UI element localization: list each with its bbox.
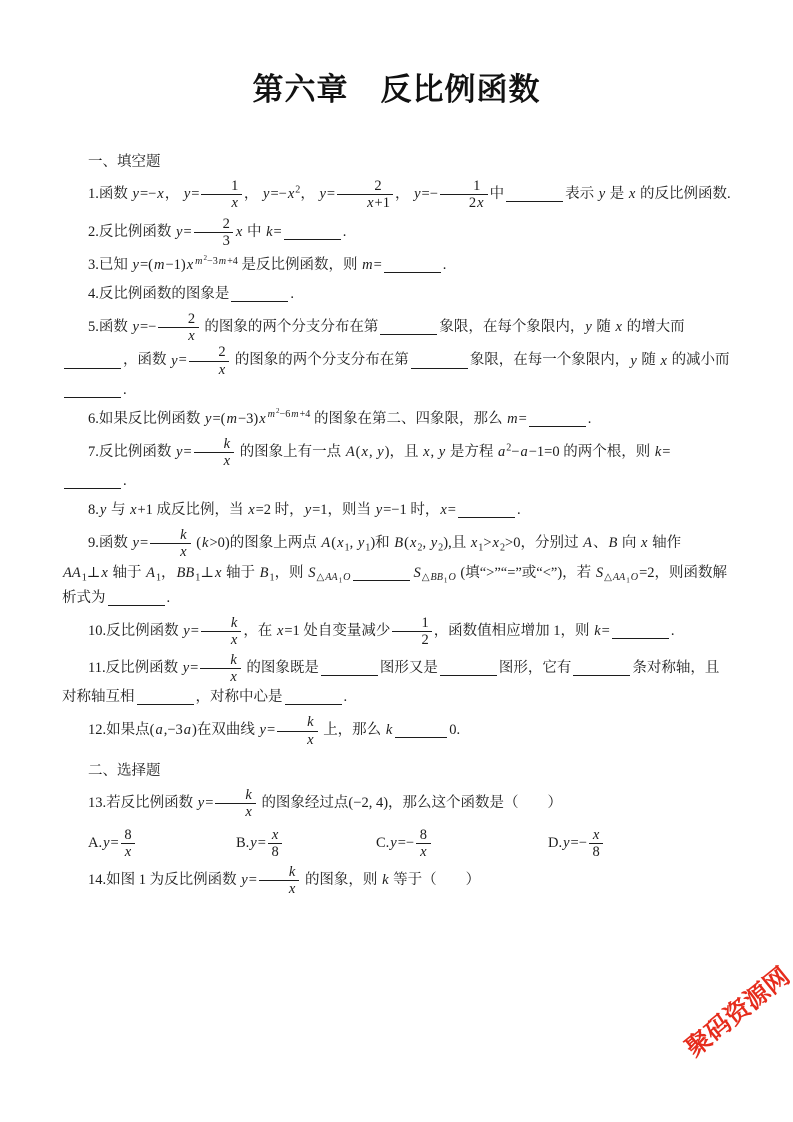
math-variable: x <box>258 411 266 427</box>
fraction-denominator: 3 <box>194 233 233 249</box>
fraction-denominator: x <box>201 195 241 211</box>
text-run: =2 时， <box>256 502 304 518</box>
math-variable: a <box>183 722 192 738</box>
fraction-numerator: 2 <box>158 311 198 328</box>
choice-row: A.y=8xB.y=x8C.y=−8xD.y=−x8 <box>88 827 731 860</box>
answer-blank <box>284 224 341 240</box>
fraction: 8x <box>416 827 430 860</box>
text-run: 4.反比例函数的图象是 <box>88 286 229 302</box>
text-run: 7.反比例函数 <box>88 444 175 460</box>
text-run: 5.函数 <box>88 319 132 335</box>
text-run: . <box>123 473 127 489</box>
text-run: 2 <box>218 344 225 360</box>
fraction: kx <box>200 652 240 685</box>
fraction-numerator: 8 <box>121 827 135 844</box>
answer-blank <box>231 287 288 303</box>
fraction-numerator: x <box>589 827 603 844</box>
text-run: 的增大而 <box>623 319 685 335</box>
document-body: 一、填空题1.函数 y=−x， y=1x， y=−x2， y=2x+1， y=−… <box>62 151 731 897</box>
question: 14.如图 1 为反比例函数 y=kx 的图象，则 k 等于（ ） <box>62 864 731 897</box>
math-variable: x <box>100 565 108 581</box>
fraction-denominator: x <box>277 732 317 748</box>
math-variable: a <box>497 444 506 460</box>
text-run: . <box>167 590 171 606</box>
fraction-denominator: x <box>189 362 229 378</box>
text-run: 象限，在每个象限内， <box>439 319 584 335</box>
math-variable: m <box>153 257 165 273</box>
question: 6.如果反比例函数 y=(m−3)xm2−6m+4 的图象在第二、四象限，那么 … <box>62 407 731 432</box>
fraction-numerator: k <box>277 714 317 731</box>
math-variable: B <box>393 535 404 551</box>
math-variable: a <box>154 722 163 738</box>
fraction-numerator: 2 <box>189 344 229 361</box>
text-run: = <box>267 722 275 738</box>
math-variable: x <box>592 827 600 843</box>
text-run: 3 <box>223 233 230 249</box>
text-run: = <box>662 444 670 460</box>
math-variable: y <box>259 722 267 738</box>
math-variable: m <box>225 411 237 427</box>
math-variable: x <box>179 544 187 560</box>
fraction-denominator: x <box>121 844 135 860</box>
text-run: 11.反比例函数 <box>88 660 182 676</box>
math-variable: y <box>182 660 190 676</box>
answer-blank <box>411 353 468 369</box>
fraction-denominator: 8 <box>589 844 603 860</box>
math-variable: y <box>197 795 205 811</box>
math-variable: y <box>389 835 397 851</box>
math-variable: y <box>413 186 421 202</box>
math-variable: A <box>145 565 156 581</box>
math-variable: x <box>306 732 314 748</box>
math-variable: k <box>593 623 601 639</box>
text-run: 1 <box>473 178 480 194</box>
text-run: 与 <box>107 502 129 518</box>
text-run: ，在 <box>243 623 276 639</box>
text-run: 10.反比例函数 <box>88 623 182 639</box>
text-run: −1=0 的两个根，则 <box>529 444 654 460</box>
math-variable: y <box>598 186 606 202</box>
math-variable: y <box>132 257 140 273</box>
choice-option: C.y=−8x <box>376 827 548 860</box>
subscript: △AA1O <box>316 572 351 583</box>
fraction-denominator: 2x <box>440 195 488 211</box>
text-run: =1 处自变量减少 <box>284 623 390 639</box>
text-run: 中 <box>490 186 505 202</box>
text-run: 1 <box>421 615 428 631</box>
text-run: 中 <box>243 224 265 240</box>
text-run: 3.已知 <box>88 257 132 273</box>
text-run: = <box>374 257 382 273</box>
text-run: ( <box>356 444 361 460</box>
math-variable: x <box>422 444 430 460</box>
answer-blank <box>380 320 437 336</box>
math-variable: y <box>375 502 383 518</box>
math-variable: O <box>342 572 351 583</box>
math-variable: y <box>629 353 637 369</box>
text-run: 0. <box>449 722 460 738</box>
text-run: = <box>183 224 191 240</box>
math-variable: k <box>179 527 187 543</box>
text-run: )，且 <box>385 444 422 460</box>
fraction-numerator: 8 <box>416 827 430 844</box>
math-variable: x <box>230 632 238 648</box>
math-variable: x <box>470 535 478 551</box>
math-variable: x <box>366 195 374 211</box>
text-run: 随 <box>593 319 615 335</box>
text-run: . <box>588 411 592 427</box>
text-run: −1) <box>165 257 185 273</box>
text-run: 2 <box>188 311 195 327</box>
answer-blank <box>321 661 378 677</box>
math-variable: y <box>102 835 110 851</box>
text-run: 是反比例函数，则 <box>238 257 361 273</box>
question: 13.若反比例函数 y=kx 的图象经过点(−2, 4)，那么这个函数是（ ） <box>62 787 731 820</box>
text-run: ， <box>244 186 262 202</box>
text-run: ,−3 <box>164 722 183 738</box>
math-variable: AA <box>612 572 626 583</box>
answer-blank <box>612 623 669 639</box>
math-variable: AA <box>62 565 82 581</box>
text-run: 2 <box>223 216 230 232</box>
text-run: ， <box>161 565 176 581</box>
subscript: △AA1O <box>604 572 639 583</box>
text-run: △ <box>604 572 612 583</box>
text-run: . <box>123 382 127 398</box>
fraction-numerator: k <box>200 652 240 669</box>
text-run: = <box>258 835 266 851</box>
math-variable: x <box>476 195 484 211</box>
question: 9.函数 y=kx (k>0)的图象上两点 A(x1, y1)和 B(x2, y… <box>62 527 731 610</box>
text-run: ⊥ <box>87 565 101 581</box>
question: 7.反比例函数 y=kx 的图象上有一点 A(x, y)，且 x, y 是方程 … <box>62 436 731 494</box>
text-run: = <box>519 411 527 427</box>
text-run: ， <box>165 186 183 202</box>
fraction-denominator: x+1 <box>337 195 393 211</box>
text-run: 8 <box>272 844 279 860</box>
text-run: +4 <box>227 256 238 267</box>
text-run: 6.如果反比例函数 <box>88 411 204 427</box>
math-variable: x <box>223 453 231 469</box>
math-variable: k <box>244 787 252 803</box>
fraction-denominator: x <box>200 669 240 685</box>
text-run: ， <box>395 186 413 202</box>
text-run: 是 <box>606 186 628 202</box>
fraction-numerator: 1 <box>201 178 241 195</box>
answer-blank <box>353 565 410 581</box>
fraction-numerator: k <box>150 527 190 544</box>
fraction-denominator: x <box>259 881 299 897</box>
text-run: = <box>191 623 199 639</box>
fraction: 2x+1 <box>337 178 393 211</box>
math-variable: x <box>124 844 132 860</box>
math-variable: x <box>156 186 164 202</box>
choice-option: D.y=−x8 <box>548 827 731 860</box>
text-run: . <box>344 689 348 705</box>
math-variable: m <box>361 257 373 273</box>
text-run: 的图象的两个分支分布在第 <box>201 319 379 335</box>
text-run: 表示 <box>565 186 598 202</box>
text-run: 1.函数 <box>88 186 132 202</box>
section-heading-2: 二、选择题 <box>62 760 731 783</box>
fraction-numerator: k <box>259 864 299 881</box>
text-run: = <box>191 186 199 202</box>
math-variable: k <box>230 615 238 631</box>
math-variable: O <box>447 572 456 583</box>
text-run: 的减小而 <box>668 353 730 369</box>
math-variable: k <box>223 436 231 452</box>
text-run: )和 <box>370 535 393 551</box>
text-run: = <box>327 186 335 202</box>
fraction-denominator: 8 <box>268 844 282 860</box>
choice-option: B.y=x8 <box>236 827 376 860</box>
question: 4.反比例函数的图象是. <box>62 282 731 307</box>
text-run: , <box>350 535 357 551</box>
math-variable: x <box>361 444 369 460</box>
answer-blank <box>108 590 165 606</box>
text-run: = <box>183 444 191 460</box>
text-run: B. <box>236 835 249 851</box>
math-variable: y <box>562 835 570 851</box>
fraction-numerator: x <box>268 827 282 844</box>
answer-blank <box>64 353 121 369</box>
text-run: >0)的图象上两点 <box>209 535 320 551</box>
fraction: 2x <box>158 311 198 344</box>
math-variable: y <box>430 535 438 551</box>
text-run: . <box>343 224 347 240</box>
text-run: +1 <box>375 195 390 211</box>
text-run: = <box>111 835 119 851</box>
answer-blank <box>384 258 441 274</box>
math-variable: BB <box>176 565 196 581</box>
text-run: 8 <box>420 827 427 843</box>
fraction-numerator: k <box>201 615 241 632</box>
text-run: ， <box>300 186 318 202</box>
text-run: >0，分别过 <box>505 535 582 551</box>
math-variable: x <box>492 535 500 551</box>
math-variable: k <box>306 714 314 730</box>
math-variable: S <box>412 565 421 581</box>
text-run: 、 <box>593 535 608 551</box>
text-run: =− <box>571 835 587 851</box>
math-variable: x <box>247 502 255 518</box>
math-variable: y <box>132 535 140 551</box>
question: 1.函数 y=−x， y=1x， y=−x2， y=2x+1， y=−12x中表… <box>62 178 731 211</box>
math-variable: x <box>439 502 447 518</box>
superscript: m2−3m+4 <box>194 256 238 267</box>
math-variable: y <box>182 623 190 639</box>
math-variable: x <box>244 804 252 820</box>
fraction-numerator: 1 <box>440 178 488 195</box>
text-run: , <box>431 444 438 460</box>
math-variable: m <box>267 409 276 420</box>
math-variable: x <box>229 669 237 685</box>
math-variable: m <box>506 411 518 427</box>
question: 2.反比例函数 y=23x 中 k=. <box>62 216 731 249</box>
text-run: 8 <box>124 827 131 843</box>
text-run: > <box>483 535 491 551</box>
text-run: 随 <box>638 353 660 369</box>
answer-blank <box>64 382 121 398</box>
math-variable: x <box>288 881 296 897</box>
math-variable: y <box>170 353 178 369</box>
question: 10.反比例函数 y=kx，在 x=1 处自变量减少12，函数值相应增加 1，则… <box>62 615 731 648</box>
text-run: 9.函数 <box>88 535 132 551</box>
fraction: kx <box>215 787 255 820</box>
text-run: = <box>274 224 282 240</box>
math-variable: B <box>607 535 618 551</box>
text-run: −6 <box>280 409 291 420</box>
fraction: x8 <box>589 827 603 860</box>
text-run: (填“>”“=”或“<”)，若 <box>457 565 595 581</box>
fraction: 12 <box>392 615 431 648</box>
text-run: =− <box>422 186 438 202</box>
fraction: kx <box>150 527 190 560</box>
text-run: 1 <box>231 178 238 194</box>
math-variable: y <box>376 444 384 460</box>
text-run: = <box>205 795 213 811</box>
text-run: 等于（ ） <box>390 872 481 888</box>
text-run: 图形，它有 <box>499 660 572 676</box>
math-variable: x <box>187 328 195 344</box>
fraction: kx <box>259 864 299 897</box>
text-run: 8. <box>88 502 99 518</box>
watermark-text: 聚码资源网 <box>677 898 793 1064</box>
text-run: =− <box>270 186 286 202</box>
text-run: D. <box>548 835 562 851</box>
text-run: 2.反比例函数 <box>88 224 175 240</box>
text-run: = <box>190 660 198 676</box>
question: 8.y 与 x+1 成反比例，当 x=2 时，y=1，则当 y=−1 时，x=. <box>62 498 731 523</box>
text-run: C. <box>376 835 389 851</box>
math-variable: x <box>615 319 623 335</box>
math-variable: k <box>381 872 389 888</box>
math-variable: O <box>630 572 639 583</box>
text-run: +4 <box>300 409 311 420</box>
math-variable: a <box>519 444 528 460</box>
math-variable: x <box>336 535 344 551</box>
math-variable: y <box>438 444 446 460</box>
math-variable: m <box>290 409 299 420</box>
text-run: −3 <box>207 256 218 267</box>
fraction-numerator: k <box>215 787 255 804</box>
text-run: 上，那么 <box>320 722 385 738</box>
fraction: 2x <box>189 344 229 377</box>
math-variable: x <box>218 362 226 378</box>
fraction: 23 <box>194 216 233 249</box>
math-variable: y <box>357 535 365 551</box>
superscript: m2−6m+4 <box>267 409 311 420</box>
question: 11.反比例函数 y=kx 的图象既是图形又是图形，它有条对称轴，且对称轴互相，… <box>62 652 731 710</box>
math-variable: y <box>132 186 140 202</box>
answer-blank <box>285 690 342 706</box>
fraction-numerator: 2 <box>194 216 233 233</box>
text-run: . <box>517 502 521 518</box>
text-run: 2 <box>421 632 428 648</box>
text-run: 是方程 <box>446 444 497 460</box>
text-run: , <box>422 535 429 551</box>
math-variable: y <box>584 319 592 335</box>
fraction-denominator: x <box>416 844 430 860</box>
math-variable: m <box>218 256 227 267</box>
text-run: =−1 时， <box>383 502 439 518</box>
choice-option: A.y=8x <box>88 827 236 860</box>
math-variable: x <box>129 502 137 518</box>
math-variable: B <box>259 565 270 581</box>
fraction: x8 <box>268 827 282 860</box>
answer-blank <box>529 411 586 427</box>
document-page: 第六章 反比例函数 一、填空题1.函数 y=−x， y=1x， y=−x2， y… <box>0 0 793 1122</box>
text-run: △ <box>422 572 430 583</box>
fraction: kx <box>194 436 234 469</box>
text-run: +1 成反比例，当 <box>138 502 248 518</box>
text-run: ，函数值相应增加 1，则 <box>434 623 594 639</box>
subscript: △BB1O <box>422 572 457 583</box>
text-run: 轴于 <box>222 565 258 581</box>
fraction-denominator: x <box>215 804 255 820</box>
math-variable: x <box>419 844 427 860</box>
text-run: 8 <box>593 844 600 860</box>
math-variable: y <box>318 186 326 202</box>
math-variable: AA <box>324 572 338 583</box>
text-run: A. <box>88 835 102 851</box>
answer-blank <box>573 661 630 677</box>
math-variable: x <box>186 257 194 273</box>
question: 3.已知 y=(m−1)xm2−3m+4 是反比例函数，则 m=. <box>62 253 731 278</box>
text-run: 轴于 <box>109 565 145 581</box>
fraction: kx <box>201 615 241 648</box>
text-run: = <box>140 535 148 551</box>
math-variable: k <box>385 722 393 738</box>
text-run: 13.若反比例函数 <box>88 795 197 811</box>
math-variable: S <box>595 565 604 581</box>
fraction-denominator: x <box>201 632 241 648</box>
fraction-numerator: 1 <box>392 615 431 632</box>
fraction-denominator: 2 <box>392 632 431 648</box>
text-run: 图形又是 <box>380 660 438 676</box>
text-run: =( <box>212 411 225 427</box>
fraction-numerator: k <box>194 436 234 453</box>
text-run: ，对称中心是 <box>196 689 283 705</box>
text-run: 的图象上有一点 <box>236 444 345 460</box>
text-run: . <box>671 623 675 639</box>
text-run: ),且 <box>443 535 470 551</box>
text-run: =1，则当 <box>312 502 375 518</box>
text-run: = <box>179 353 187 369</box>
math-variable: y <box>132 319 140 335</box>
answer-blank <box>458 503 515 519</box>
text-run: = <box>448 502 456 518</box>
math-variable: y <box>304 502 312 518</box>
text-run: =− <box>140 186 156 202</box>
text-run: . <box>443 257 447 273</box>
text-run: =− <box>398 835 414 851</box>
text-run: = <box>602 623 610 639</box>
math-variable: A <box>582 535 593 551</box>
math-variable: A <box>320 535 331 551</box>
answer-blank <box>395 723 447 739</box>
text-run: 12.如果点( <box>88 722 154 738</box>
math-variable: A <box>345 444 356 460</box>
fraction-denominator: x <box>158 328 198 344</box>
text-run: =( <box>140 257 153 273</box>
text-run: . <box>290 286 294 302</box>
math-variable: x <box>660 353 668 369</box>
text-run: −3) <box>238 411 258 427</box>
text-run: 的图象经过点(−2, 4)，那么这个函数是（ ） <box>258 795 562 811</box>
fraction: 12x <box>440 178 488 211</box>
math-variable: y <box>249 835 257 851</box>
